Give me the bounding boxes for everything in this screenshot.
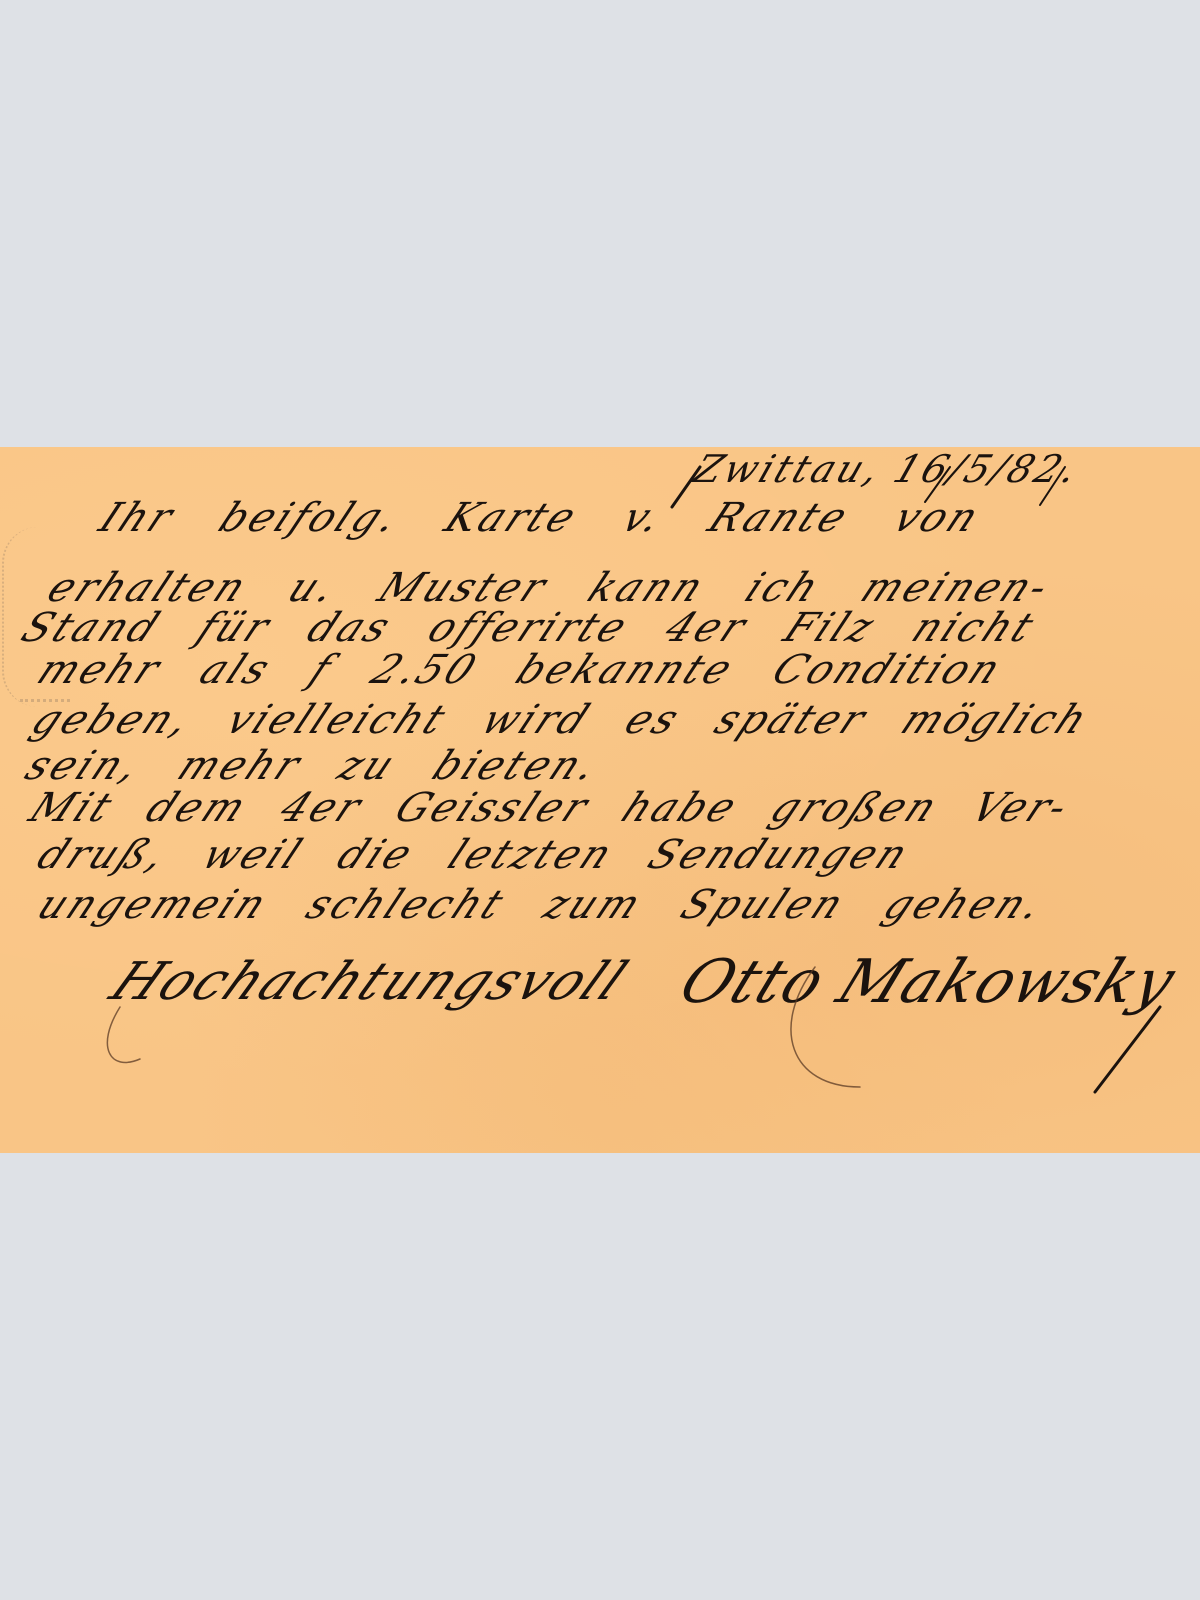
letter-line: sein, mehr zu bieten. — [18, 743, 608, 789]
postcard: Zwittau, 16/5/82. Ihr beifolg. Karte v. … — [0, 447, 1200, 1153]
letter-line: Stand für das offerirte 4er Filz nicht — [14, 605, 1044, 651]
letter-line: Ihr beifolg. Karte v. Rante von — [92, 495, 989, 541]
letter-line: mehr als f 2.50 bekannte Condition — [30, 647, 1011, 693]
letter-line: geben, vielleicht wird es später möglich — [24, 697, 1098, 743]
closing-salutation: Hochachtungsvoll — [100, 952, 639, 1012]
image-viewer: Zwittau, 16/5/82. Ihr beifolg. Karte v. … — [0, 0, 1200, 1600]
letter-line: druß, weil die letzten Sendungen — [30, 832, 918, 878]
letter-line: ungemein schlecht zum Spulen gehen. — [30, 882, 1053, 928]
place-date: Zwittau, 16/5/82. — [688, 447, 1086, 491]
letter-line: Mit dem 4er Geissler habe großen Ver- — [22, 785, 1078, 831]
signature: Otto Makowsky — [670, 947, 1186, 1017]
